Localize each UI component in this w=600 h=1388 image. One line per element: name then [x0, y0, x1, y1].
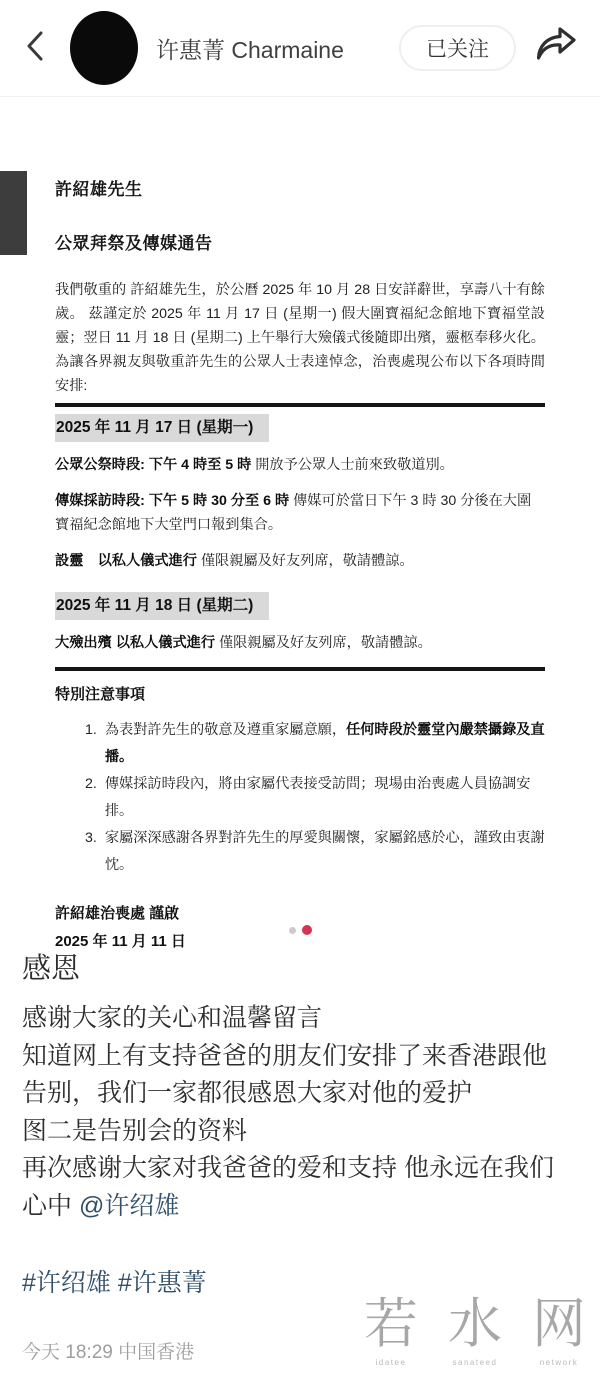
top-bar: 许惠菁 Charmaine 已关注 — [0, 0, 600, 97]
date-heading-day1: 2025 年 11 月 17 日 (星期一) — [55, 414, 269, 442]
share-arrow-icon — [534, 25, 578, 72]
watermark-sub-1: idatee — [376, 1358, 407, 1367]
schedule-funeral-private: 大殮出殯 以私人儀式進行 僅限親屬及好友列席，敬請體諒。 — [55, 631, 545, 655]
notice-signature: 許紹雄治喪處 謹啟 — [55, 902, 545, 923]
post-detail-screen: 许惠菁 Charmaine 已关注 許紹雄先生 公眾拜祭及傳媒通告 我們敬重的 … — [0, 0, 600, 1388]
post-line-2: 知道网上有支持爸爸的朋友们安排了来香港跟他 — [22, 1038, 578, 1076]
watermark-char-3: 网 — [532, 1294, 586, 1354]
post-line-1: 感谢大家的关心和温馨留言 — [22, 1000, 578, 1038]
mention-link[interactable]: @许绍雄 — [79, 1192, 179, 1220]
schedule-public-mourning: 公眾公祭時段: 下午 4 時至 5 時 開放予公眾人士前來致敬道別。 — [55, 453, 545, 477]
share-button[interactable] — [532, 24, 580, 72]
schedule-media-session: 傳媒採訪時段: 下午 5 時 30 分至 6 時 傳媒可於當日下午 3 時 30… — [55, 489, 545, 537]
notice-intro: 我們敬重的 許紹雄先生，於公曆 2025 年 10 月 28 日安詳辭世，享壽八… — [55, 278, 545, 398]
notice-doc-title: 公眾拜祭及傳媒通告 — [55, 229, 545, 254]
notice-name-title: 許紹雄先生 — [55, 175, 545, 200]
user-name[interactable]: 许惠菁 Charmaine — [156, 32, 399, 65]
post-line-5: 再次感谢大家对我爸爸的爱和支持 他永远在我们 — [22, 1150, 578, 1188]
carousel-dot-1[interactable] — [289, 927, 296, 934]
divider-thick-bottom — [55, 667, 545, 671]
carousel-dot-2-active[interactable] — [302, 925, 312, 935]
watermark-sub-2: sanateed — [453, 1358, 498, 1367]
watermark-sub-3: network — [540, 1358, 579, 1367]
watermark: 若 idatee 水 sanateed 网 network — [364, 1294, 586, 1367]
notice-image[interactable]: 許紹雄先生 公眾拜祭及傳媒通告 我們敬重的 許紹雄先生，於公曆 2025 年 1… — [0, 97, 600, 908]
post-line-4: 图二是告别会的资料 — [22, 1113, 578, 1151]
post-line-6: 心中 @许绍雄 — [22, 1188, 578, 1226]
post-line-3: 告别，我们一家都很感恩大家对他的爱护 — [22, 1075, 578, 1113]
note-item-1: 1. 為表對許先生的敬意及遵重家屬意願，任何時段於靈堂內嚴禁攝錄及直播。 — [55, 717, 545, 771]
post-title: 感恩 — [22, 946, 578, 987]
date-heading-day2: 2025 年 11 月 18 日 (星期二) — [55, 592, 269, 620]
back-button[interactable] — [20, 28, 50, 68]
chevron-left-icon — [23, 29, 47, 68]
watermark-char-2: 水 — [448, 1294, 502, 1354]
carousel-dots — [0, 925, 600, 935]
avatar[interactable] — [70, 11, 138, 85]
watermark-char-1: 若 — [364, 1294, 418, 1354]
note-item-3: 3. 家屬深深感謝各界對許先生的厚愛與關懷，家屬銘感於心，謹致由衷謝忱。 — [55, 825, 545, 879]
note-item-2: 2. 傳媒採訪時段內，將由家屬代表接受訪問；現場由治喪處人員協調安排。 — [55, 771, 545, 825]
schedule-vigil-private: 設靈 以私人儀式進行 僅限親屬及好友列席，敬請體諒。 — [55, 549, 545, 573]
image-corner-artifact — [0, 171, 27, 255]
follow-button[interactable]: 已关注 — [399, 25, 516, 71]
notes-heading: 特別注意事項 — [55, 683, 545, 704]
